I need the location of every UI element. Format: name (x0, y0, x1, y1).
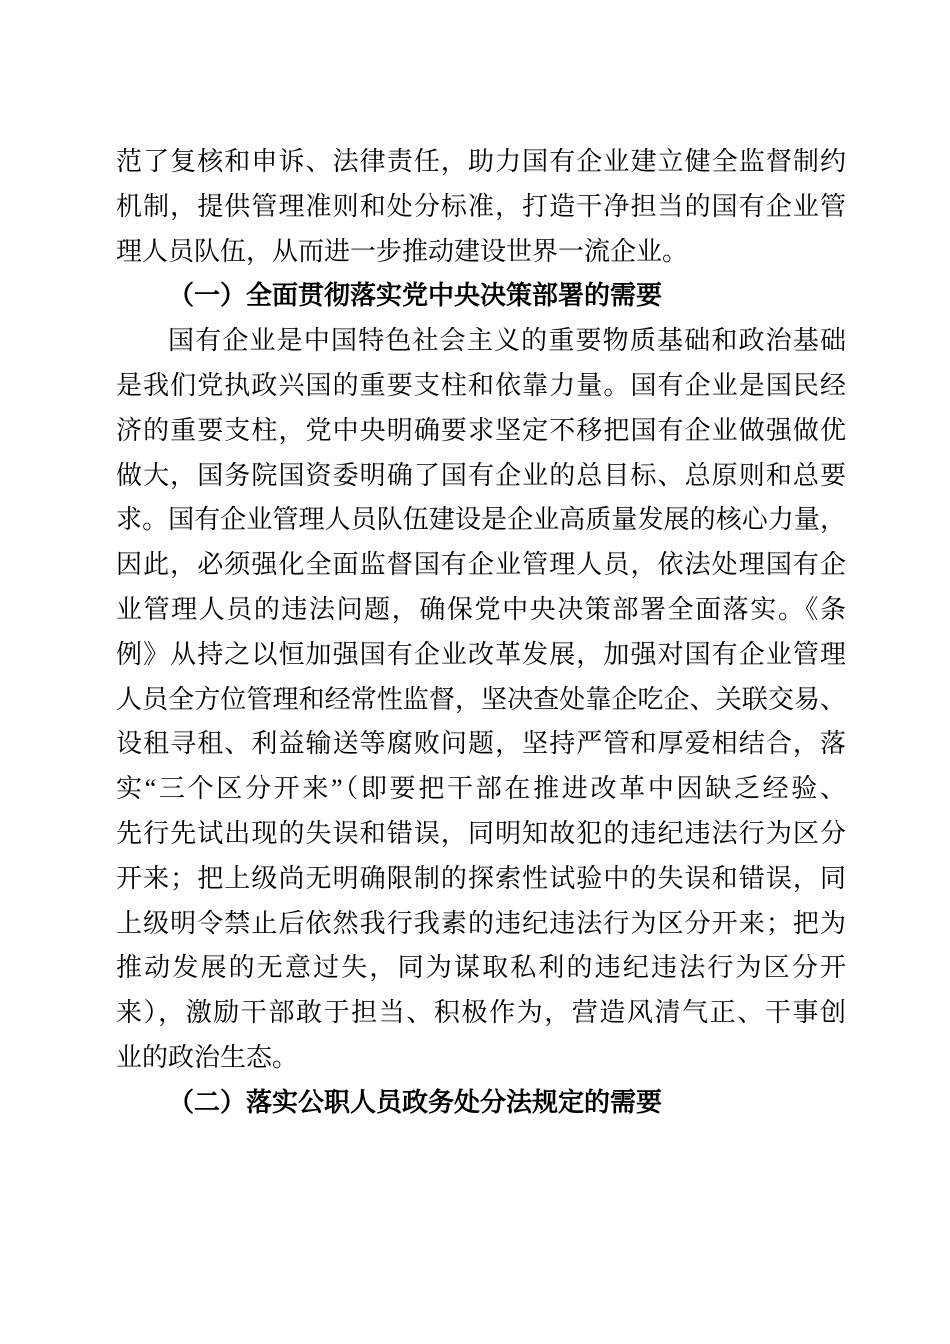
text-line: 先行先试出现的失误和错误，同明知故犯的违纪违法行为区分 (116, 812, 846, 857)
document-page: 范了复核和申诉、法律责任，助力国有企业建立健全监督制约机制，提供管理准则和处分标… (0, 0, 950, 1344)
text-line: 例》从持之以恒加强国有企业改革发展，加强对国有企业管理 (116, 633, 846, 678)
text-line: 推动发展的无意过失，同为谋取私利的违纪违法行为区分开 (116, 946, 846, 991)
text-line: 人员全方位管理和经常性监督，坚决查处靠企吃企、关联交易、 (116, 678, 846, 723)
section-heading: （二）落实公职人员政务处分法规定的需要 (116, 1081, 846, 1126)
text-line: 国有企业是中国特色社会主义的重要物质基础和政治基础 (116, 319, 846, 364)
text-line: 范了复核和申诉、法律责任，助力国有企业建立健全监督制约 (116, 140, 846, 185)
text-line: 业的政治生态。 (116, 1036, 846, 1081)
text-block: 范了复核和申诉、法律责任，助力国有企业建立健全监督制约机制，提供管理准则和处分标… (116, 140, 846, 1126)
text-line: 做大，国务院国资委明确了国有企业的总目标、总原则和总要 (116, 454, 846, 499)
text-line: 机制，提供管理准则和处分标准，打造干净担当的国有企业管 (116, 185, 846, 230)
text-line: 开来；把上级尚无明确限制的探索性试验中的失误和错误，同 (116, 857, 846, 902)
section-heading: （一）全面贯彻落实党中央决策部署的需要 (116, 274, 846, 319)
text-line: 理人员队伍，从而进一步推动建设世界一流企业。 (116, 230, 846, 275)
text-line: 设租寻租、利益输送等腐败问题，坚持严管和厚爱相结合，落 (116, 722, 846, 767)
text-line: 济的重要支柱，党中央明确要求坚定不移把国有企业做强做优 (116, 409, 846, 454)
text-line: 上级明令禁止后依然我行我素的违纪违法行为区分开来；把为 (116, 902, 846, 947)
text-line: 实“三个区分开来”（即要把干部在推进改革中因缺乏经验、 (116, 767, 846, 812)
text-line: 业管理人员的违法问题，确保党中央决策部署全面落实。《条 (116, 588, 846, 633)
text-line: 求。国有企业管理人员队伍建设是企业高质量发展的核心力量， (116, 498, 846, 543)
text-line: 是我们党执政兴国的重要支柱和依靠力量。国有企业是国民经 (116, 364, 846, 409)
text-line: 因此，必须强化全面监督国有企业管理人员，依法处理国有企 (116, 543, 846, 588)
text-line: 来），激励干部敢于担当、积极作为，营造风清气正、干事创 (116, 991, 846, 1036)
